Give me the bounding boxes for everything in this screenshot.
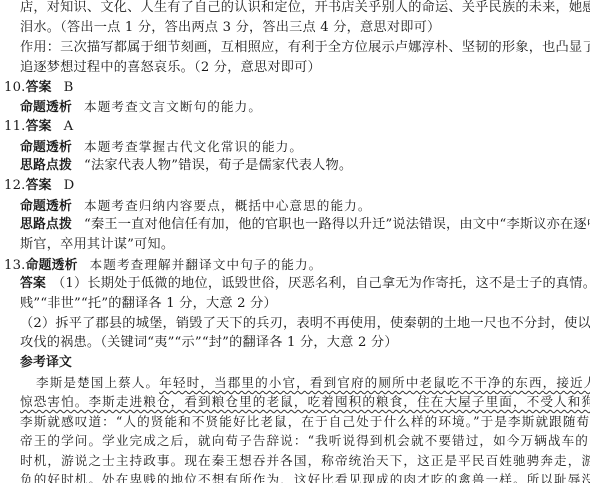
wavy-underlined-text: 惊恐害怕。李斯走进粮仓，看到粮仓里的老鼠，吃着囤积的粮食，住在大屋子里面，不受人… (20, 394, 590, 409)
answer-label: 答案 (26, 178, 52, 193)
analysis-text: 本题考查理解并翻译文中句子的能力。 (90, 257, 323, 272)
q11-answer-row: 11.答案A (4, 117, 73, 137)
q11-hint-row: 思路点拨“法家代表人物”错误，荀子是儒家代表人物。 (20, 156, 352, 176)
analysis-label: 命题透析 (20, 140, 72, 155)
translation-lead: 李斯是楚国上蔡人。 (36, 375, 159, 390)
translation-line-6: 负的好时机。处在卑贱的地位不想有所作为，这好比看见现成的肉才吃的禽兽一样。所以耻… (20, 470, 590, 483)
answer-value: D (64, 178, 75, 193)
effect-line-1: 作用：三次描写都属于细节刻画，互相照应，有利于全方位展示卢娜淳朴、坚韧的形象，也… (20, 38, 590, 58)
hint-label: 思路点拨 (20, 217, 72, 232)
q10-answer-row: 10.答案B (4, 78, 73, 98)
analysis-label: 命题透析 (20, 100, 72, 115)
q12-answer-row: 12.答案D (4, 176, 74, 196)
intro-line-1: 店，对知识、文化、人生有了自己的认识和定位，开书店关乎别人的命运、关乎民族的未来… (20, 0, 590, 18)
translation-line-5: 时机，游说之士主持政事。现在秦王想吞并各国，称帝统治天下，这正是平民百姓驰骋奔走… (20, 451, 590, 471)
q10-analysis-row: 命题透析本题考查文言文断句的能力。 (20, 97, 262, 117)
analysis-text: 本题考查掌握古代文化常识的能力。 (84, 139, 303, 154)
analysis-text: 本题考查归纳内容要点，概括中心意思的能力。 (84, 198, 372, 213)
hint-text: “法家代表人物”错误，荀子是儒家代表人物。 (84, 158, 352, 173)
translation-line-2: 惊恐害怕。李斯走进粮仓，看到粮仓里的老鼠，吃着囤积的粮食，住在大屋子里面，不受人… (20, 392, 590, 412)
question-number: 13. (4, 258, 26, 273)
answer-value: A (64, 119, 74, 134)
question-number: 11. (4, 119, 26, 134)
q12-hint-row: 思路点拨“秦王一直对他信任有加，他的官职也一路得以升迁”说法错误，由文中“李斯议… (20, 215, 590, 235)
hint-label: 思路点拨 (20, 158, 72, 173)
question-number: 12. (4, 178, 26, 193)
answer-value: B (64, 80, 74, 95)
effect-line-2: 追逐梦想过程中的喜怒哀乐。（2 分，意思对即可） (20, 58, 321, 78)
q13-answer-row: 答案（1）长期处于低微的地位，诋毁世俗，厌恶名利，自己拿无为作寄托，这不是士子的… (20, 274, 590, 294)
answer-1-text: （1）长期处于低微的地位，诋毁世俗，厌恶名利，自己拿无为作寄托，这不是士子的真情… (52, 276, 590, 291)
q11-analysis-row: 命题透析本题考查掌握古代文化常识的能力。 (20, 137, 303, 157)
answer-label: 答案 (26, 119, 52, 134)
q13-answer-1-line-2: 贱”“非世”“托”的翻译各 1 分，大意 2 分） (20, 294, 277, 314)
analysis-label: 命题透析 (26, 258, 78, 273)
analysis-text: 本题考查文言文断句的能力。 (84, 99, 262, 114)
answer-label: 答案 (20, 276, 46, 291)
question-number: 10. (4, 80, 26, 95)
q13-answer-2-line-2: 攻伐的祸患。（关键词“夷”“示”“封”的翻译各 1 分，大意 2 分） (20, 333, 398, 353)
intro-line-2: 泪水。（答出一点 1 分，答出两点 3 分，答出三点 4 分，意思对即可） (20, 18, 440, 38)
translation-line-3: 李斯就感叹道：“人的贤能和不贤能好比老鼠，在于自己处于什么样的环境。”于是李斯就… (20, 412, 590, 432)
q12-analysis-row: 命题透析本题考查归纳内容要点，概括中心意思的能力。 (20, 196, 372, 216)
q13-analysis-row: 13.命题透析本题考查理解并翻译文中句子的能力。 (4, 255, 322, 275)
translation-line-4: 帝王的学问。学业完成之后，就向荀子告辞说：“我听说得到机会就不要错过，如今万辆战… (20, 431, 590, 451)
answer-label: 答案 (26, 80, 52, 95)
analysis-label: 命题透析 (20, 199, 72, 214)
q13-answer-2-line-1: （2）拆平了郡县的城堡，销毁了天下的兵刃，表明不再使用，使秦朝的土地一尺也不分封… (20, 314, 590, 334)
translation-line-1: 李斯是楚国上蔡人。年轻时，当郡里的小官，看到官府的厕所中老鼠吃不干净的东西，接近… (36, 373, 590, 393)
wavy-underlined-text: 年轻时，当郡里的小官，看到官府的厕所中老鼠吃不干净的东西，接近人和狗，多次 (159, 375, 590, 390)
hint-text: “秦王一直对他信任有加，他的官职也一路得以升迁”说法错误，由文中“李斯议亦在逐中… (84, 217, 590, 232)
translation-title: 参考译文 (20, 353, 72, 373)
q12-hint-row-2: 斯官，卒用其计谋”可知。 (20, 235, 174, 255)
